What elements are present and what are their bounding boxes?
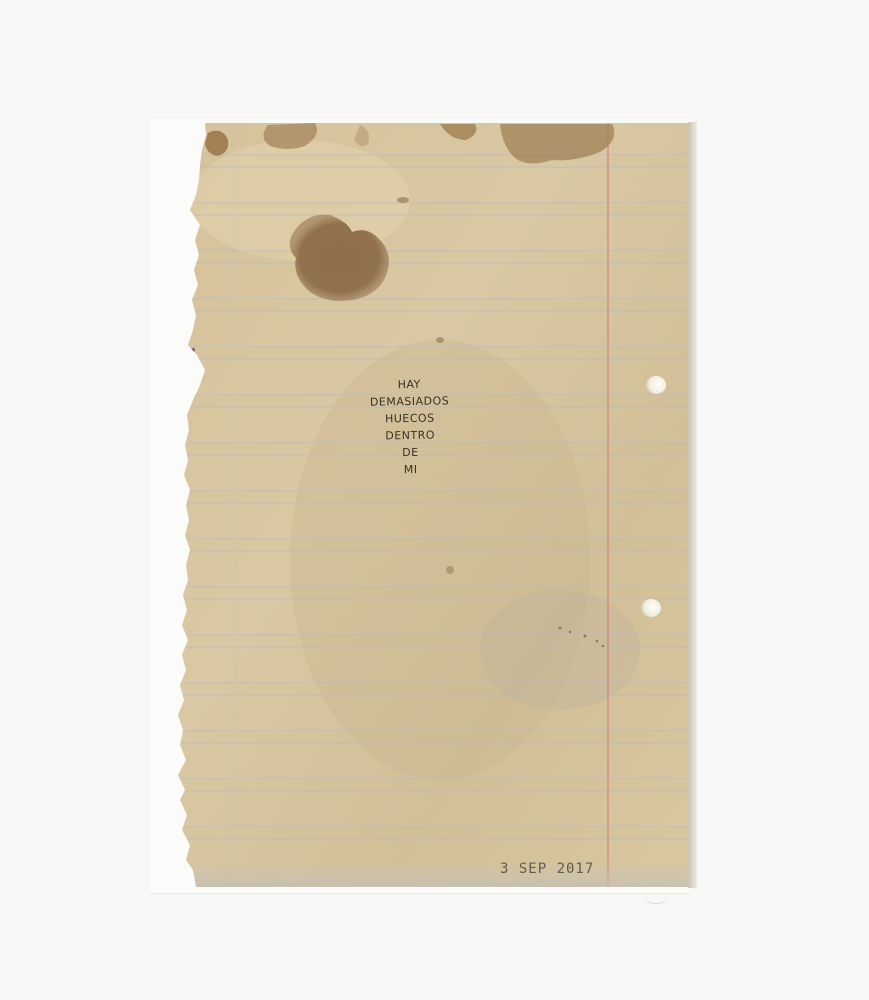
handwritten-line: HAY xyxy=(361,375,457,394)
binder-hole-bottom xyxy=(641,599,661,617)
handwritten-line: DEMASIADOS xyxy=(361,392,457,411)
handwritten-note: HAY DEMASIADOS HUECOS DENTRO DE MI xyxy=(361,375,459,479)
date-stamp: 3 SEP 2017 xyxy=(500,861,594,877)
torn-paper-sheet xyxy=(0,0,869,1000)
binder-hole-top xyxy=(646,376,666,394)
handwritten-line: HUECOS xyxy=(362,409,458,428)
handwritten-line: DENTRO xyxy=(362,426,458,445)
handwritten-line: MI xyxy=(363,460,459,479)
handwritten-line: DE xyxy=(362,443,458,462)
paper-illustration xyxy=(0,0,869,1000)
pencil-mark xyxy=(645,897,667,904)
